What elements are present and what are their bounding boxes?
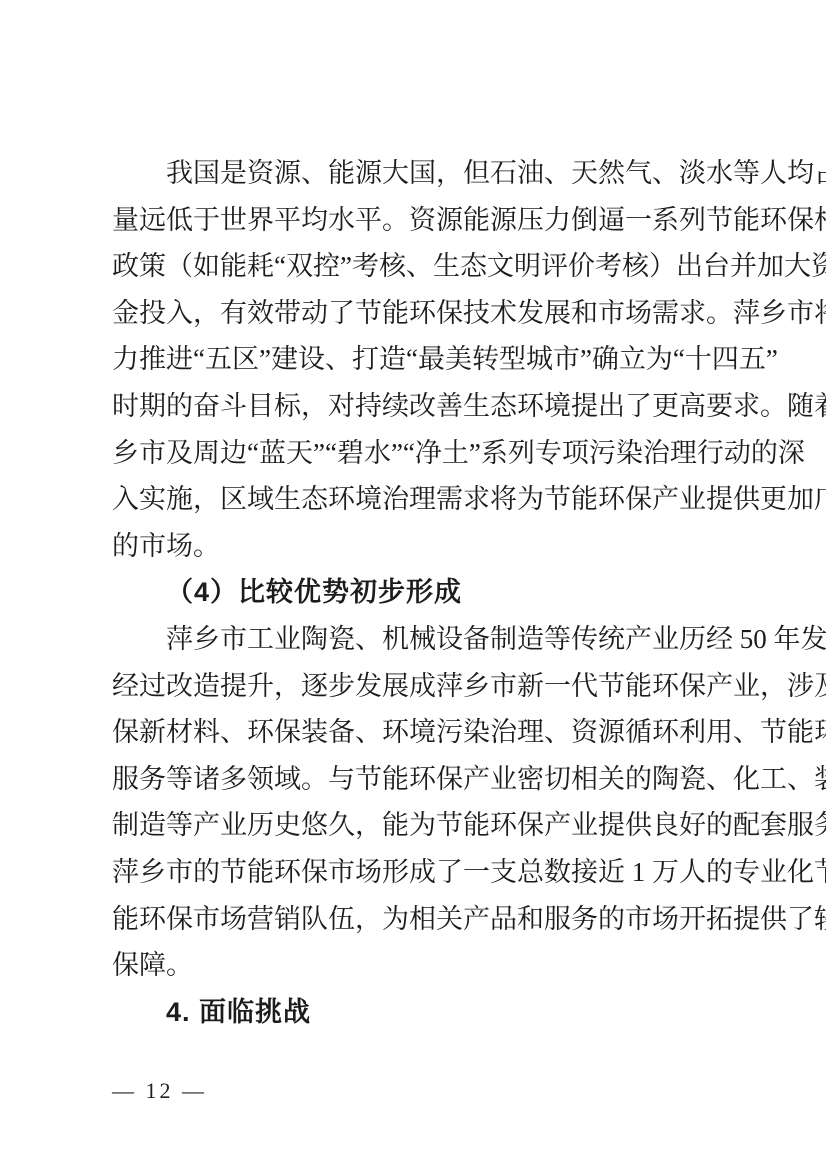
text-line: 力推进“五区”建设、打造“最美转型城市”确立为“十四五” bbox=[112, 336, 730, 383]
text-line: 保障。 bbox=[112, 942, 730, 989]
paragraph: 我国是资源、能源大国，但石油、天然气、淡水等人均占有量远低于世界平均水平。资源能… bbox=[112, 150, 730, 569]
text-line: 政策（如能耗“双控”考核、生态文明评价考核）出台并加大资 bbox=[112, 243, 730, 290]
text-line: 经过改造提升，逐步发展成萍乡市新一代节能环保产业，涉及环 bbox=[112, 663, 730, 710]
document-page: 我国是资源、能源大国，但石油、天然气、淡水等人均占有量远低于世界平均水平。资源能… bbox=[0, 0, 826, 1169]
text-line: 乡市及周边“蓝天”“碧水”“净土”系列专项污染治理行动的深 bbox=[112, 430, 730, 477]
text-line: 能环保市场营销队伍，为相关产品和服务的市场开拓提供了较强 bbox=[112, 896, 730, 943]
text-line: 服务等诸多领域。与节能环保产业密切相关的陶瓷、化工、装备 bbox=[112, 756, 730, 803]
text-line: 我国是资源、能源大国，但石油、天然气、淡水等人均占有 bbox=[112, 150, 730, 197]
page-number: — 12 — bbox=[112, 1078, 207, 1104]
text-line: 金投入，有效带动了节能环保技术发展和市场需求。萍乡市将奋 bbox=[112, 290, 730, 337]
text-line: 的市场。 bbox=[112, 523, 730, 570]
text-line: 萍乡市工业陶瓷、机械设备制造等传统产业历经 50 年发展， bbox=[112, 616, 730, 663]
text-line: 保新材料、环保装备、环境污染治理、资源循环利用、节能环保 bbox=[112, 709, 730, 756]
text-line: 量远低于世界平均水平。资源能源压力倒逼一系列节能环保相关 bbox=[112, 197, 730, 244]
section-heading: （4）比较优势初步形成 bbox=[112, 569, 730, 616]
document-body: 我国是资源、能源大国，但石油、天然气、淡水等人均占有量远低于世界平均水平。资源能… bbox=[112, 0, 730, 1035]
text-line: 入实施，区域生态环境治理需求将为节能环保产业提供更加广阔 bbox=[112, 476, 730, 523]
paragraph: 萍乡市工业陶瓷、机械设备制造等传统产业历经 50 年发展，经过改造提升，逐步发展… bbox=[112, 616, 730, 989]
text-line: 时期的奋斗目标，对持续改善生态环境提出了更高要求。随着萍 bbox=[112, 383, 730, 430]
section-heading: 4. 面临挑战 bbox=[112, 989, 730, 1036]
text-line: 制造等产业历史悠久，能为节能环保产业提供良好的配套服务。 bbox=[112, 802, 730, 849]
text-line: 萍乡市的节能环保市场形成了一支总数接近 1 万人的专业化节 bbox=[112, 849, 730, 896]
